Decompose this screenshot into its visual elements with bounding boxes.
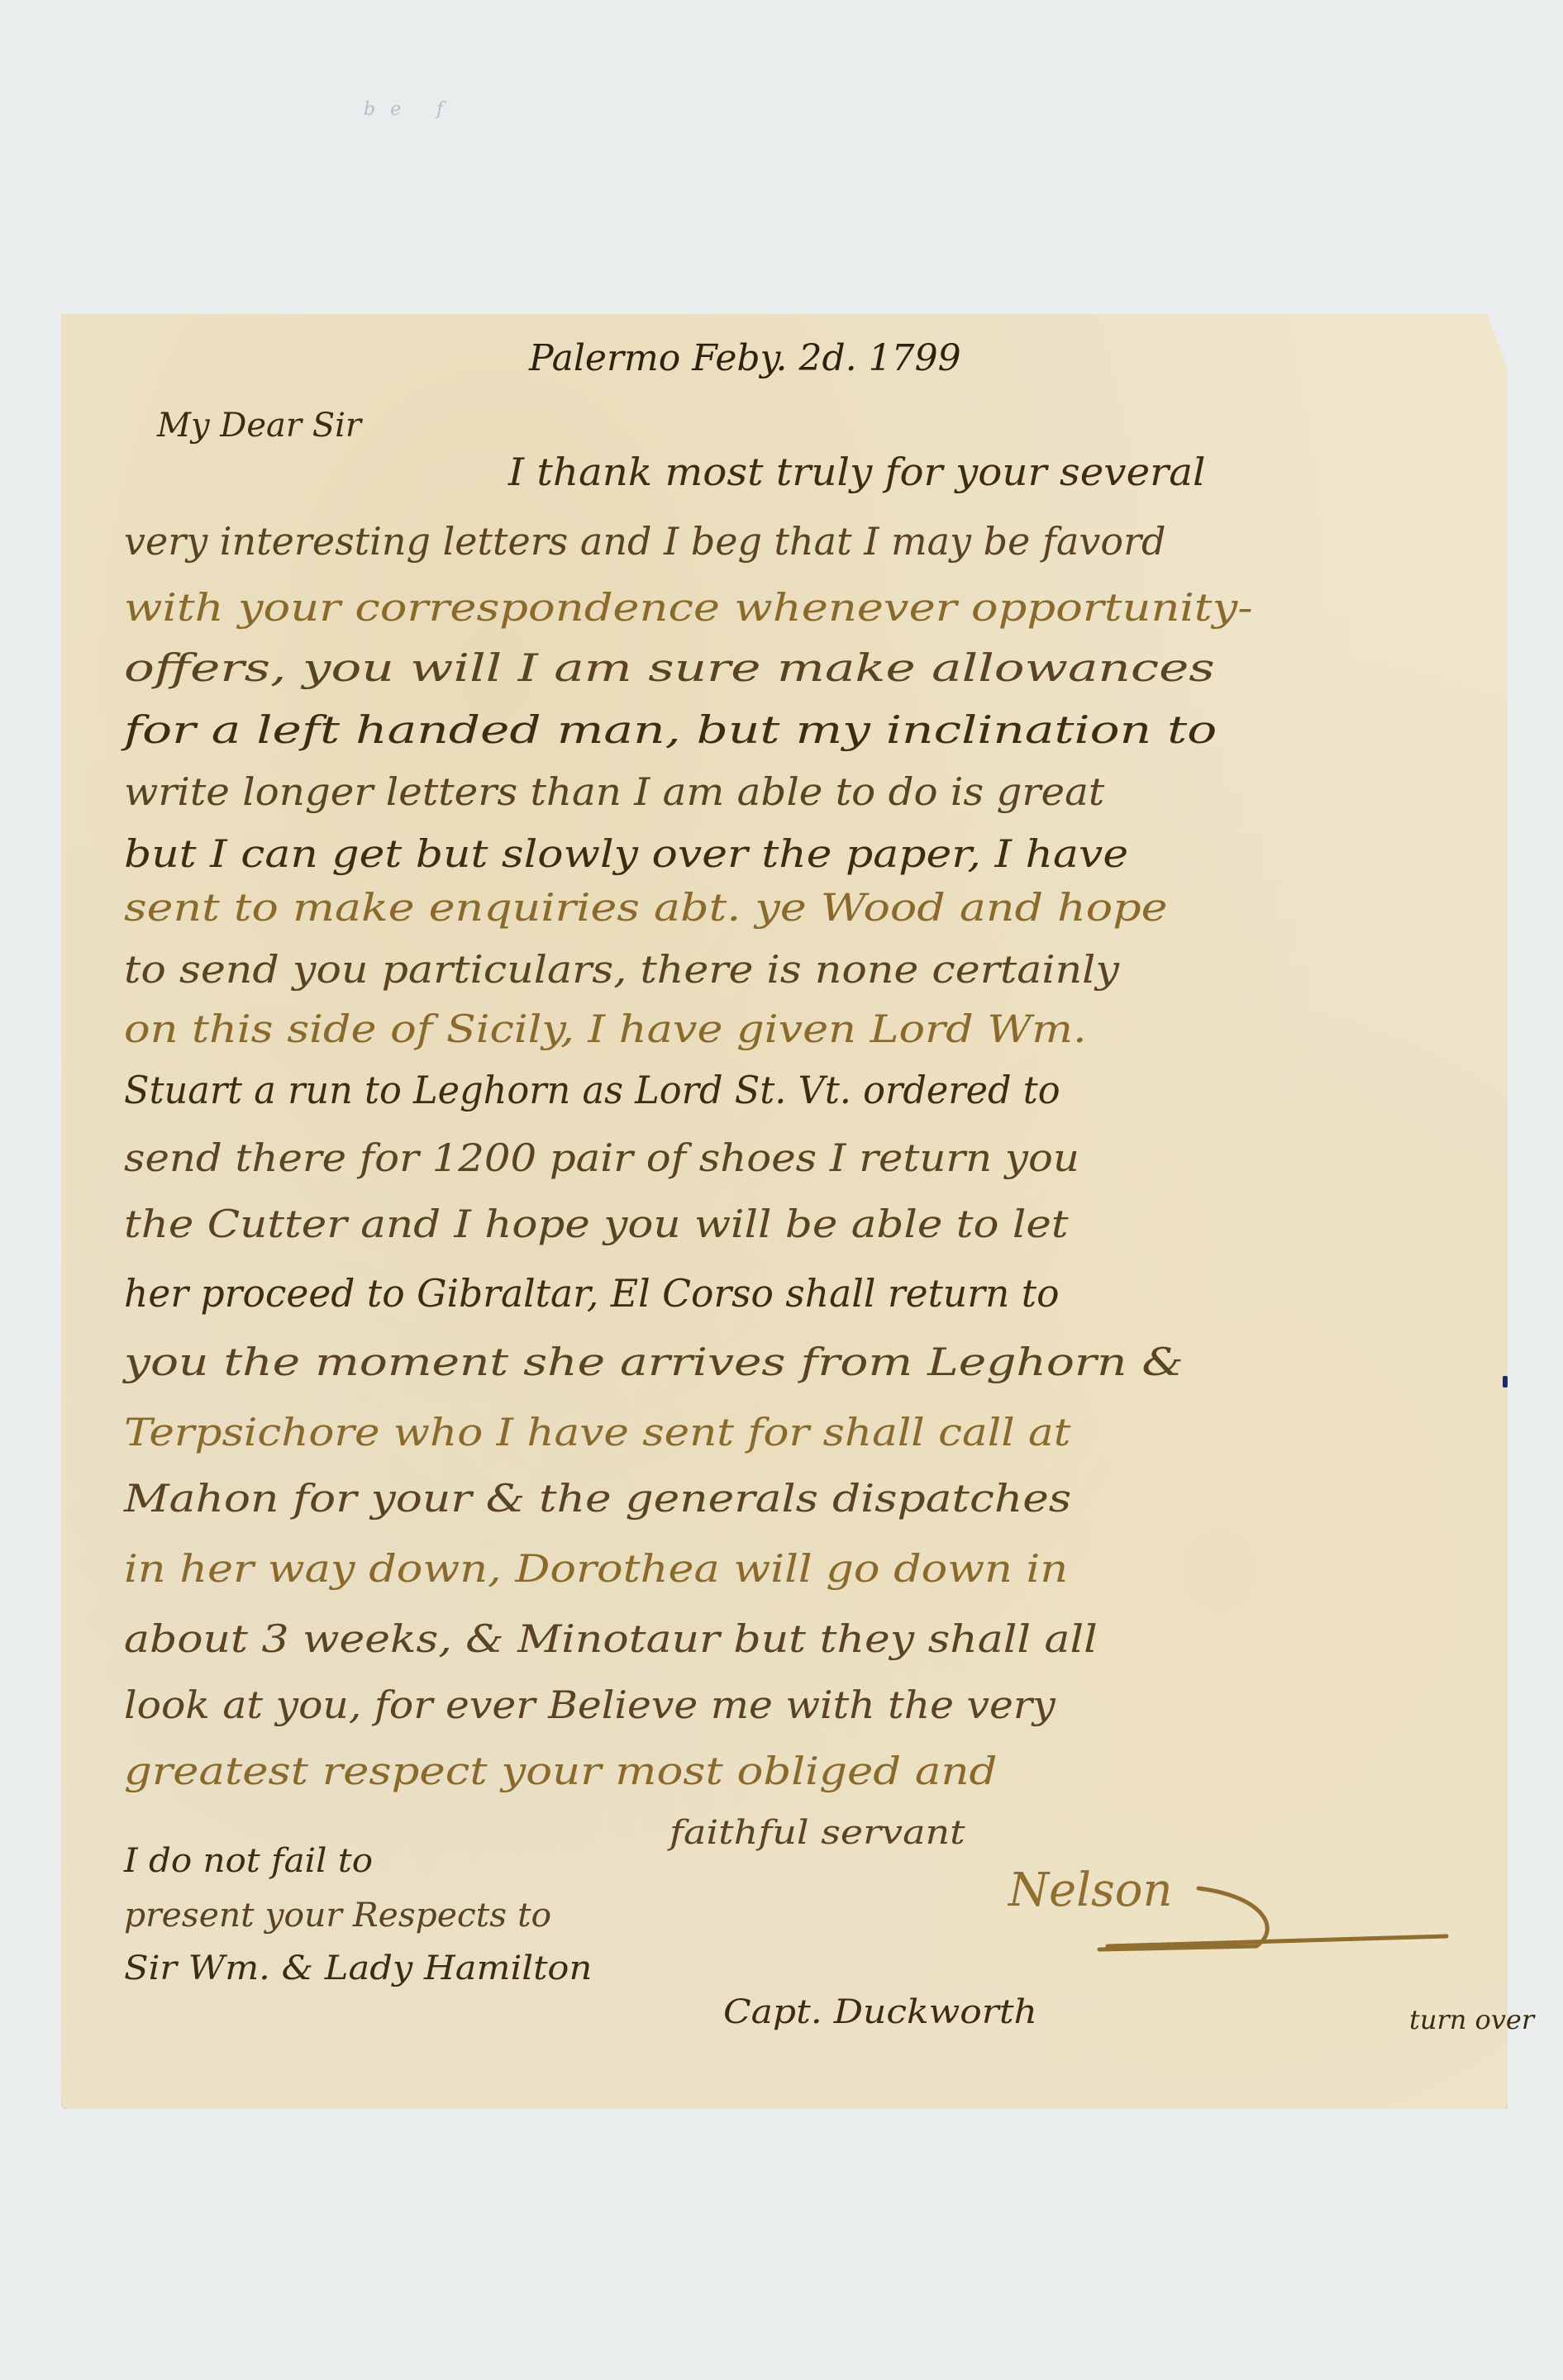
letter-line: send there for 1200 pair of shoes I retu… (124, 1139, 1079, 1177)
letter-line: sent to make enquiries abt. ye Wood and … (124, 888, 1168, 926)
letter-line: with your correspondence whenever opport… (124, 588, 1253, 626)
letter-line: look at you, for ever Believe me with th… (124, 1686, 1056, 1724)
letter-line: Terpsichore who I have sent for shall ca… (124, 1413, 1070, 1451)
letter-line: to send you particulars, there is none c… (124, 950, 1119, 988)
letter-line: the Cutter and I hope you will be able t… (124, 1205, 1069, 1243)
letter-line: I thank most truly for your several (508, 453, 1205, 491)
letter-line: greatest respect your most obliged and (124, 1752, 997, 1790)
addressee-name: Capt. Duckworth (723, 1996, 1037, 2029)
letter-line: Stuart a run to Leghorn as Lord St. Vt. … (124, 1071, 1060, 1109)
letter-dateline: Palermo Feby. 2d. 1799 (529, 340, 961, 377)
letter-line: on this side of Sicily, I have given Lor… (124, 1010, 1087, 1048)
letter-closing: faithful servant (670, 1816, 965, 1849)
pencil-mount-note: be f (364, 99, 458, 120)
signature-flourish-icon (1000, 1864, 1463, 1963)
postscript-line: Sir Wm. & Lady Hamilton (124, 1952, 592, 1985)
letter-line: Mahon for your & the generals dispatches (124, 1479, 1071, 1517)
letter-salutation: My Dear Sir (157, 409, 361, 442)
postscript-line: I do not fail to (124, 1844, 373, 1878)
letter-line: write longer letters than I am able to d… (124, 773, 1104, 811)
signature-block: Nelson (1000, 1864, 1463, 1963)
ink-blot-mark (1503, 1376, 1508, 1388)
letter-line: but I can get but slowly over the paper,… (124, 835, 1128, 873)
letter-line: her proceed to Gibraltar, El Corso shall… (124, 1274, 1060, 1312)
letter-line: offers, you will I am sure make allowanc… (124, 649, 1215, 687)
letter-line: for a left handed man, but my inclinatio… (124, 711, 1217, 749)
letter-line: very interesting letters and I beg that … (124, 522, 1166, 560)
postscript-line: present your Respects to (124, 1899, 551, 1932)
page-turn-note: turn over (1409, 2006, 1534, 2033)
letter-line: about 3 weeks, & Minotaur but they shall… (124, 1620, 1098, 1658)
letter-line: in her way down, Dorothea will go down i… (124, 1549, 1068, 1587)
letter-line: you the moment she arrives from Leghorn … (124, 1343, 1184, 1381)
